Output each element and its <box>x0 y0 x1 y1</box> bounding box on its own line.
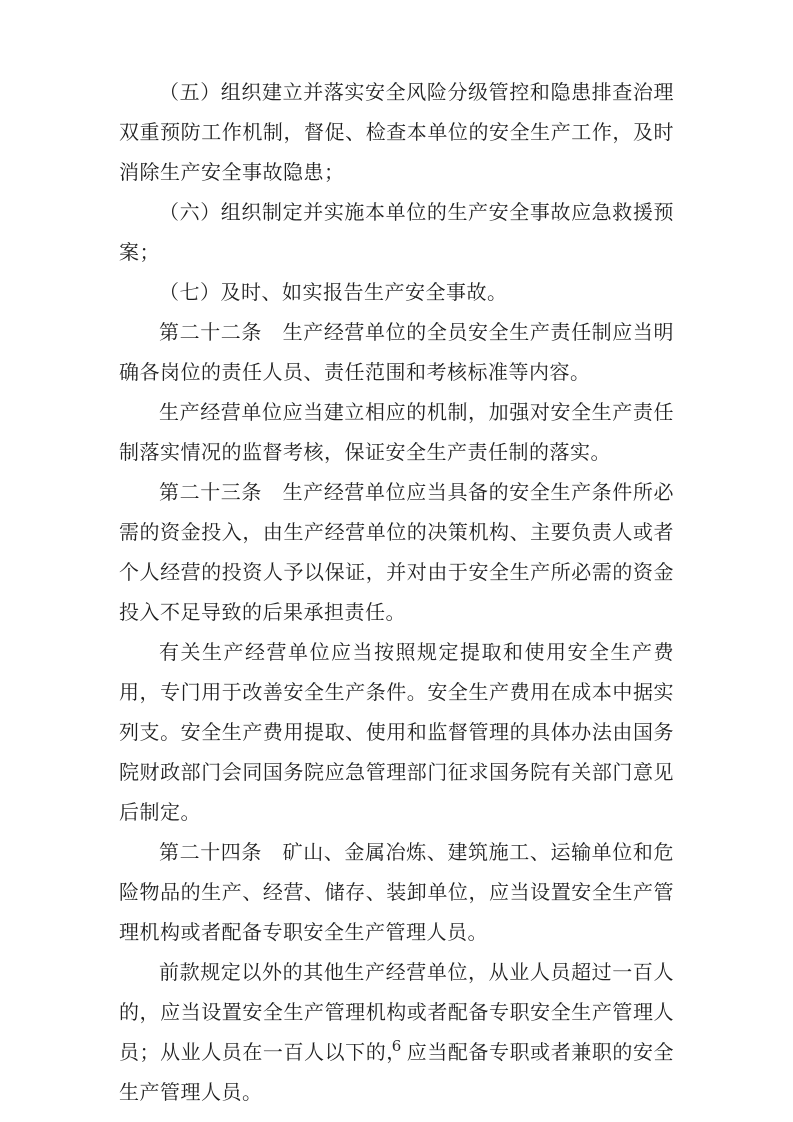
article-23-para-2: 有关生产经营单位应当按照规定提取和使用安全生产费用，专门用于改善安全生产条件。安… <box>119 632 674 832</box>
document-page: （五）组织建立并落实安全风险分级管控和隐患排查治理双重预防工作机制，督促、检查本… <box>0 0 793 1122</box>
article-23-para-1: 第二十三条 生产经营单位应当具备的安全生产条件所必需的资金投入，由生产经营单位的… <box>119 472 674 632</box>
article-24-para-2: 前款规定以外的其他生产经营单位，从业人员超过一百人的，应当设置安全生产管理机构或… <box>119 952 674 1112</box>
clause-item-5: （五）组织建立并落实安全风险分级管控和隐患排查治理双重预防工作机制，督促、检查本… <box>119 72 674 192</box>
clause-item-7: （七）及时、如实报告生产安全事故。 <box>119 272 674 312</box>
article-22-para-1: 第二十二条 生产经营单位的全员安全生产责任制应当明确各岗位的责任人员、责任范围和… <box>119 312 674 392</box>
article-22-para-2: 生产经营单位应当建立相应的机制，加强对安全生产责任制落实情况的监督考核，保证安全… <box>119 392 674 472</box>
article-24-para-1: 第二十四条 矿山、金属冶炼、建筑施工、运输单位和危险物品的生产、经营、储存、装卸… <box>119 832 674 952</box>
document-body: （五）组织建立并落实安全风险分级管控和隐患排查治理双重预防工作机制，督促、检查本… <box>119 72 674 1112</box>
page-number: 6 <box>0 1036 793 1056</box>
clause-item-6: （六）组织制定并实施本单位的生产安全事故应急救援预案； <box>119 192 674 272</box>
